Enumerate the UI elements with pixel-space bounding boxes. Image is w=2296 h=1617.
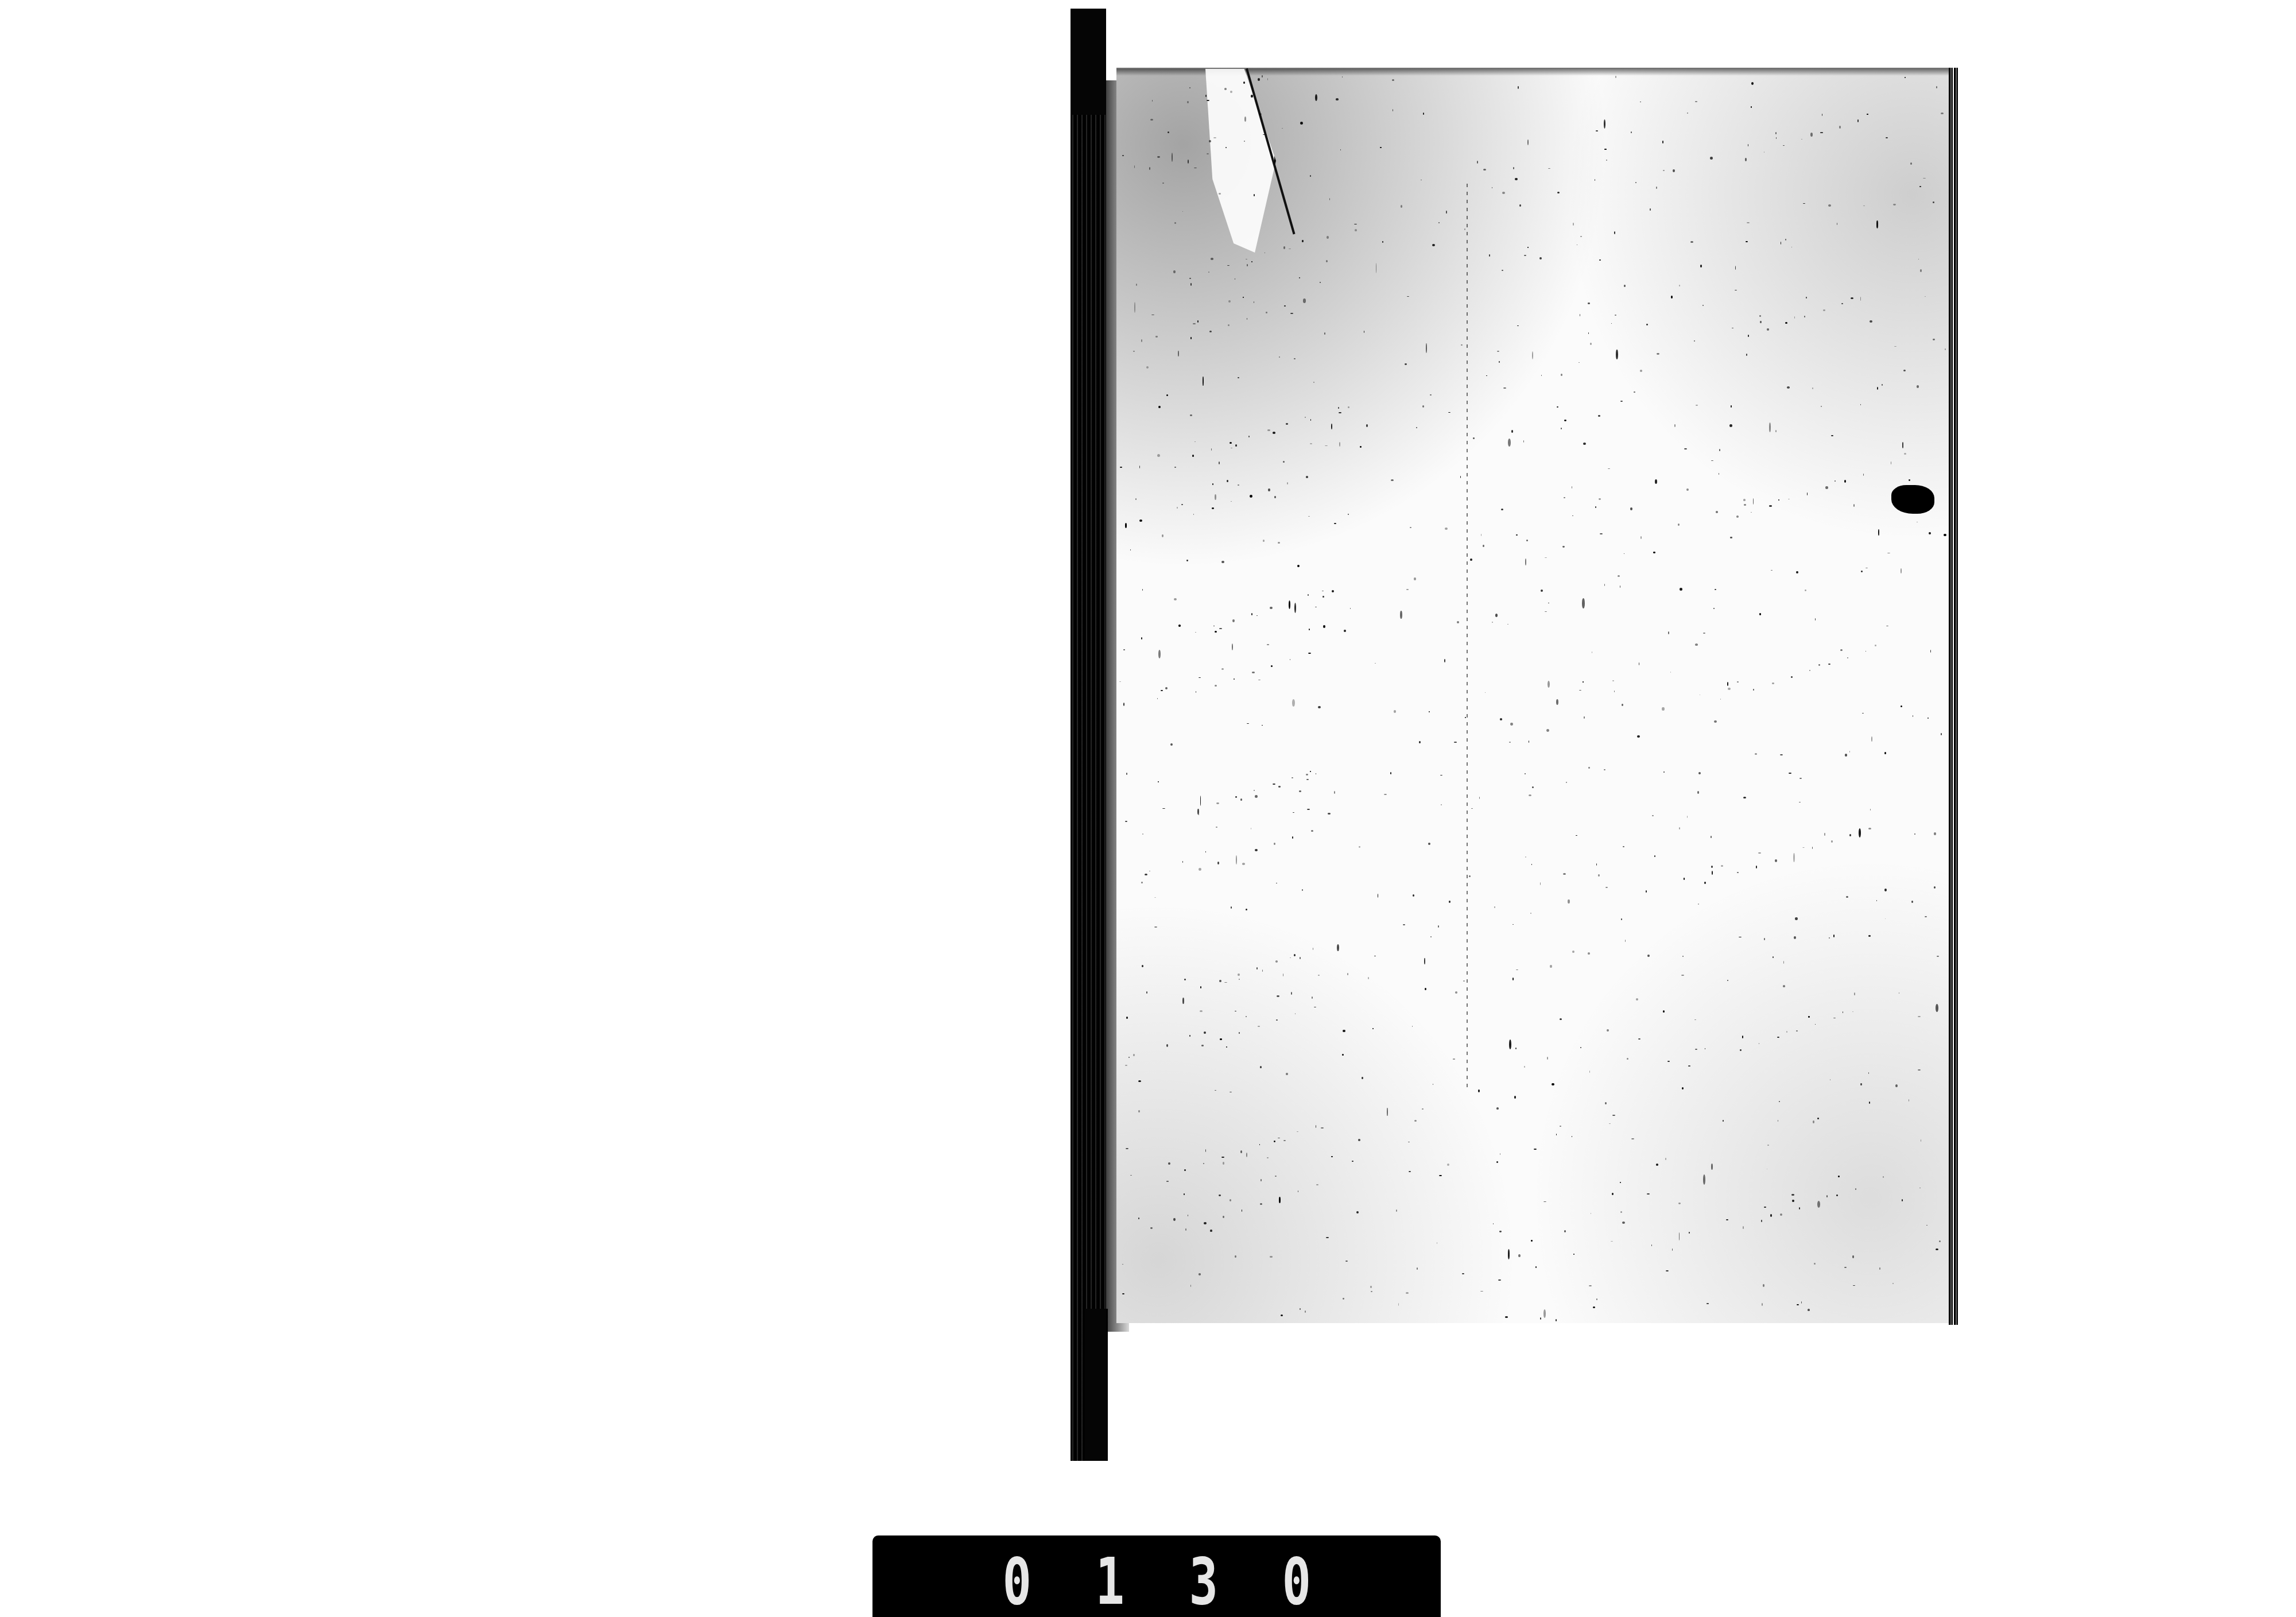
spine-top-band (1071, 9, 1106, 115)
book-cover (1116, 69, 1954, 1323)
frame-counter-label: 0 1 3 0 (872, 1535, 1441, 1617)
counter-digit: 0 (1282, 1545, 1311, 1617)
counter-digit: 0 (1002, 1545, 1031, 1617)
ink-stain (1891, 485, 1934, 514)
spine-bottom-band (1085, 1309, 1108, 1461)
counter-digit: 1 (1095, 1545, 1124, 1617)
book-spine (1071, 9, 1106, 1461)
counter-digit: 3 (1189, 1545, 1218, 1617)
cover-fold-line (1467, 184, 1468, 1091)
page-edge-right (1949, 68, 1959, 1325)
